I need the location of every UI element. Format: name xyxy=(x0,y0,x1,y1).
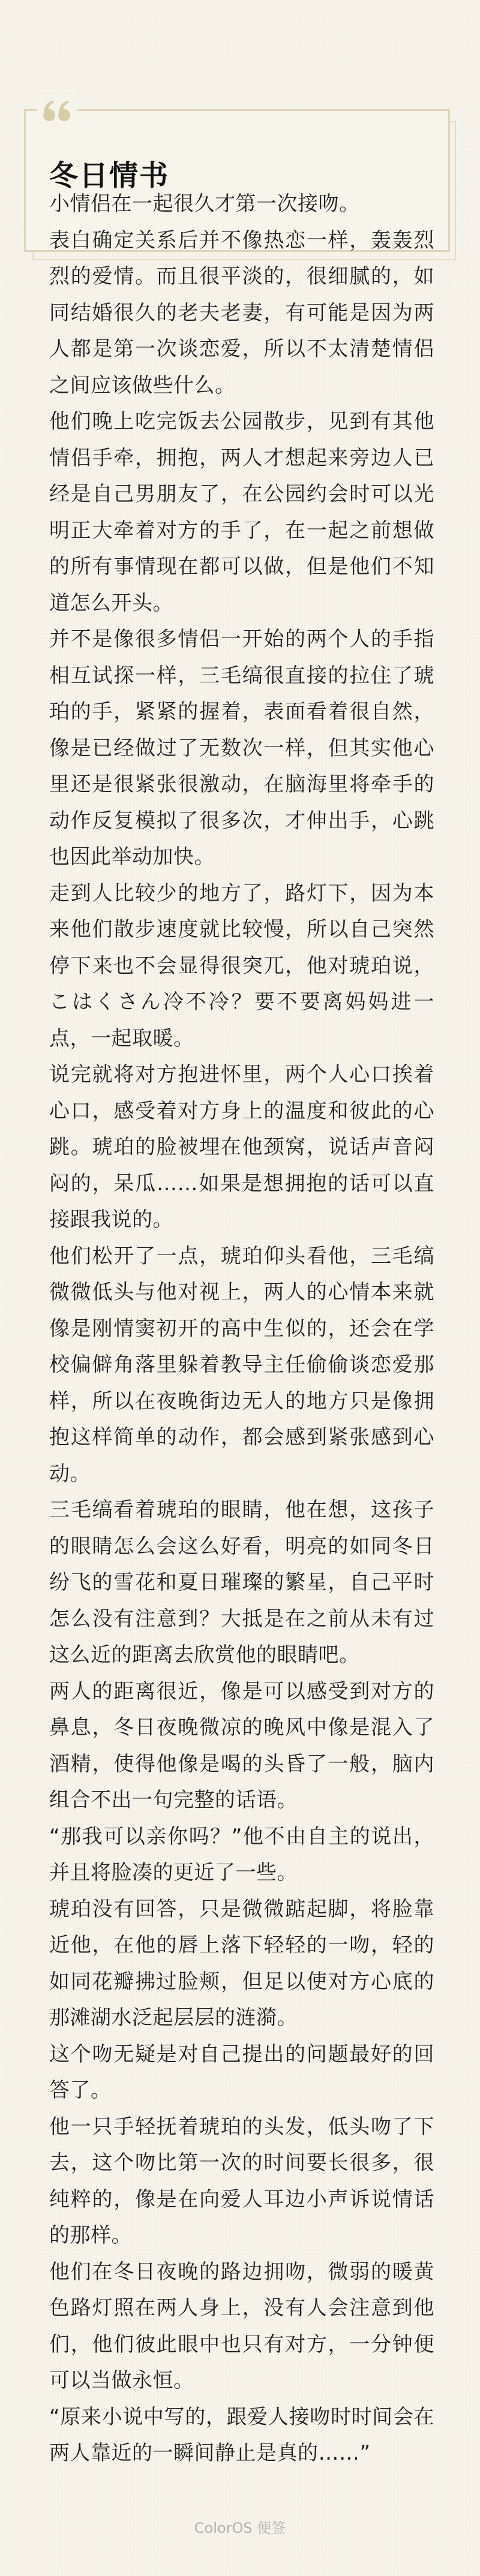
paragraph: 这个吻无疑是对自己提出的问题最好的回答了。 xyxy=(49,2036,434,2109)
paragraph: 他们松开了一点，琥珀仰头看他，三毛缟微微低头与他对视上，两人的心情本来就像是刚情… xyxy=(49,1238,434,1492)
double-quote-icon xyxy=(37,90,77,132)
paragraph: 小情侣在一起很久才第一次接吻。 xyxy=(49,186,434,222)
paragraph: 走到人比较少的地方了，路灯下，因为本来他们散步速度就比较慢，所以自己突然停下来也… xyxy=(49,875,434,1057)
paragraph: 表白确定关系后并不像热恋一样，轰轰烈烈的爱情。而且很平淡的，很细腻的，如同结婚很… xyxy=(49,222,434,404)
paragraph: 琥珀没有回答，只是微微踮起脚，将脸靠近他，在他的唇上落下轻轻的一吻，轻的如同花瓣… xyxy=(49,1891,434,2036)
paragraph: 两人的距离很近，像是可以感受到对方的鼻息，冬日夜晚微凉的晚风中像是混入了酒精，使… xyxy=(49,1674,434,1819)
paragraph: 三毛缟看着琥珀的眼睛，他在想，这孩子的眼睛怎么会这么好看，明亮的如同冬日纷飞的雪… xyxy=(49,1492,434,1674)
paragraph: 并不是像很多情侣一开始的两个人的手指相互试探一样，三毛缟很直接的拉住了琥珀的手，… xyxy=(49,621,434,875)
paragraph: 说完就将对方抱进怀里，两个人心口挨着心口，感受着对方身上的温度和彼此的心跳。琥珀… xyxy=(49,1057,434,1238)
paragraph: “那我可以亲你吗？”他不由自主的说出，并且将脸凑的更近了一些。 xyxy=(49,1819,434,1891)
paragraph: “原来小说中写的，跟爱人接吻时时间会在两人靠近的一瞬间静止是真的……” xyxy=(49,2399,434,2472)
paragraph: 他们晚上吃完饭去公园散步，见到有其他情侣手牵，拥抱，两人才想起来旁边人已经是自己… xyxy=(49,404,434,621)
paragraph: 他们在冬日夜晚的路边拥吻，微弱的暖黄色路灯照在两人身上，没有人会注意到他们，他们… xyxy=(49,2254,434,2399)
note-body[interactable]: 小情侣在一起很久才第一次接吻。 表白确定关系后并不像热恋一样，轰轰烈烈的爱情。而… xyxy=(49,186,434,2472)
app-watermark: ColorOS 便签 xyxy=(0,2516,480,2537)
paragraph: 他一只手轻抚着琥珀的头发，低头吻了下去，这个吻比第一次的时间要长很多，很纯粹的，… xyxy=(49,2109,434,2254)
